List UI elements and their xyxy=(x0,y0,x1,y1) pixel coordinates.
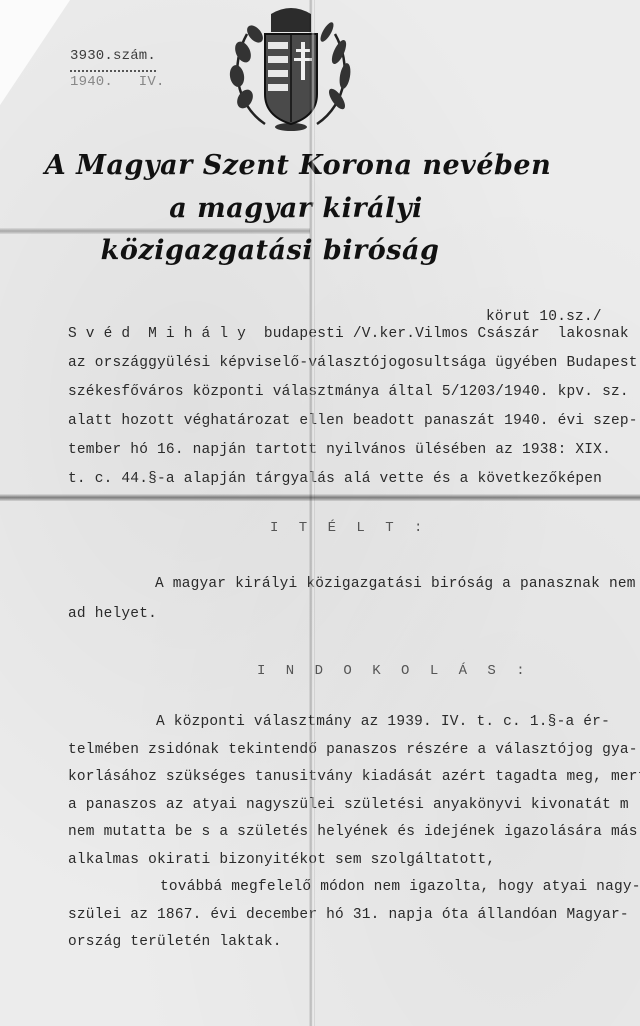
text-line: a panaszos az atyai nagyszülei születési… xyxy=(68,797,629,813)
text-line: nem mutatta be s a születés helyének és … xyxy=(68,824,638,840)
heading-line-3: közigazgatási biróság xyxy=(0,235,540,266)
text-line: az országgyülési képviselő-választójogos… xyxy=(68,355,638,371)
reference-year: 1940. IV. xyxy=(70,74,165,90)
text-line: tember hó 16. napján tartott nyilvános ü… xyxy=(68,442,611,458)
coat-of-arms-icon xyxy=(225,4,357,136)
reasoning-heading: I N D O K O L Á S : xyxy=(257,663,531,679)
text-line: telmében zsidónak tekintendő panaszos ré… xyxy=(68,742,638,758)
heading-line-2: a magyar királyi xyxy=(26,193,566,224)
reference-number: 3930.szám. xyxy=(70,48,156,64)
middle-fold xyxy=(0,494,640,501)
text-line: t. c. 44.§-a alapján tárgyalás alá vette… xyxy=(68,471,602,487)
text-line: székesfőváros központi választmánya álta… xyxy=(68,384,629,400)
text-line: alatt hozott véghatározat ellen beadott … xyxy=(68,413,638,429)
heading-line-1: A Magyar Szent Korona nevében xyxy=(28,150,568,181)
vertical-fold xyxy=(309,0,315,1026)
text-line: A központi választmány az 1939. IV. t. c… xyxy=(156,714,610,730)
text-line: szülei az 1867. évi december hó 31. napj… xyxy=(68,907,629,923)
address-continuation: körut 10.sz./ xyxy=(486,309,602,325)
verdict-heading: I T É L T : xyxy=(270,520,428,536)
upper-fold xyxy=(0,228,310,234)
text-line: ország területén laktak. xyxy=(68,934,282,950)
reference-rule xyxy=(70,70,156,72)
text-line: ad helyet. xyxy=(68,606,157,622)
text-line: A magyar királyi közigazgatási biróság a… xyxy=(155,576,636,592)
text-line: S v é d M i h á l y budapesti /V.ker.Vil… xyxy=(68,326,629,342)
text-line: továbbá megfelelő módon nem igazolta, ho… xyxy=(160,879,640,895)
text-line: korlásához szükséges tanusitvány kiadásá… xyxy=(68,769,640,785)
text-line: alkalmas okirati bizonyitékot sem szolgá… xyxy=(68,852,495,868)
